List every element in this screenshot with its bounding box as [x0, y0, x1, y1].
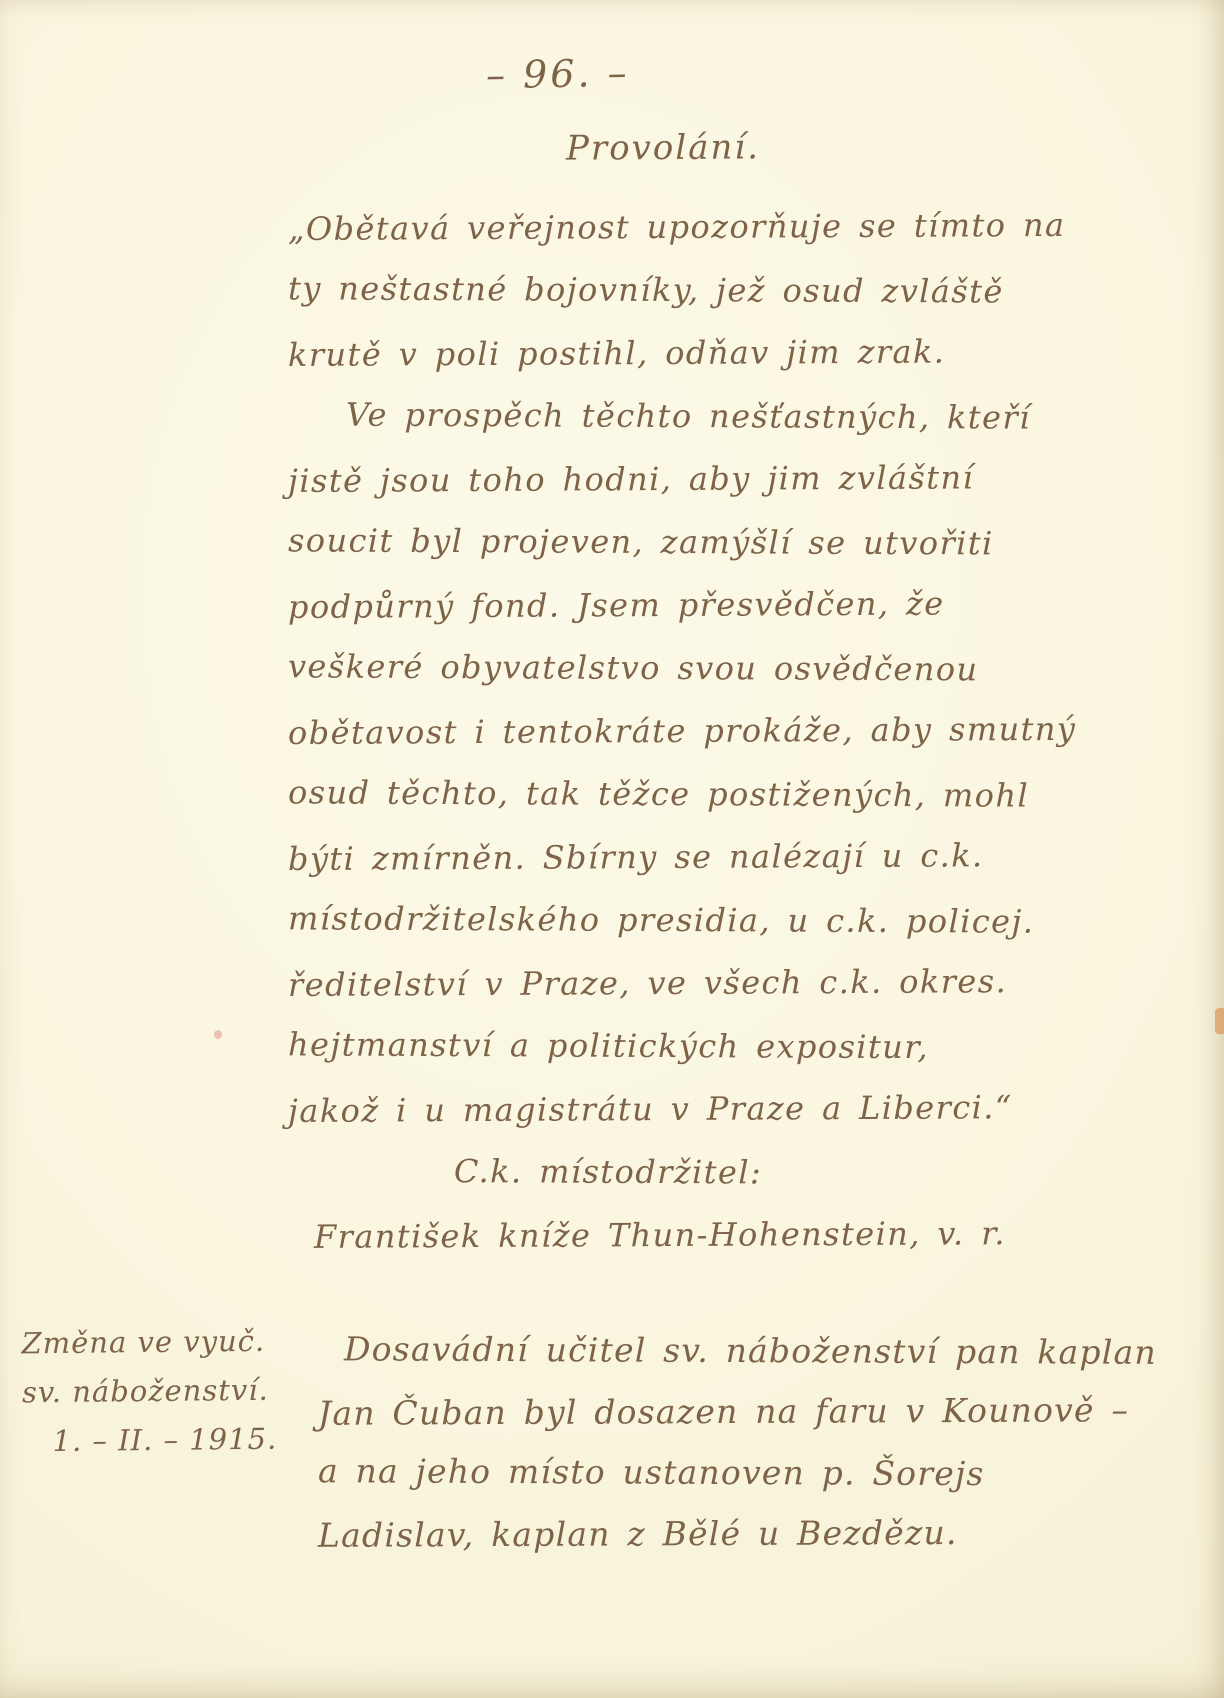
margin-note: Změna ve vyuč. sv. náboženství. 1. – II.…: [21, 1317, 277, 1467]
handwriting-line: osud těchto, tak těžce postižených, mohl: [288, 761, 1048, 827]
manuscript-page: – 96. – Provolání. „Obětavá veřejnost up…: [0, 0, 1224, 1698]
handwriting-line: Ladislav, kaplan z Bělé u Bezdězu.: [318, 1501, 1138, 1566]
signature-role: C.k. místodržitel:: [288, 1139, 1048, 1205]
handwriting-line: a na jeho místo ustanoven p. Šorejs: [318, 1440, 1138, 1505]
handwriting-line: podpůrný fond. Jsem přesvědčen, že: [288, 572, 1048, 639]
handwriting-line: krutě v poli postihl, odňav jim zrak.: [288, 320, 1048, 387]
handwriting-line: Dosavádní učitel sv. náboženství pan kap…: [318, 1318, 1138, 1383]
entry-text: Dosavádní učitel sv. náboženství pan kap…: [318, 1320, 1138, 1564]
handwriting-line: „Obětavá veřejnost upozorňuje se tímto n…: [288, 194, 1048, 261]
handwriting-line: ředitelství v Praze, ve všech c.k. okres…: [288, 950, 1048, 1017]
handwriting-line: Jan Čuban byl dosazen na faru v Kounově …: [318, 1379, 1138, 1444]
handwriting-line: veškeré obyvatelstvo svou osvědčenou: [288, 635, 1048, 701]
margin-note-line: sv. náboženství.: [22, 1366, 277, 1418]
page-edge-mark: [1215, 1008, 1224, 1034]
margin-note-date: 1. – II. – 1915.: [22, 1415, 277, 1467]
page-number: – 96. –: [486, 51, 630, 97]
handwriting-line: býti zmírněn. Sbírny se nalézají u c.k.: [288, 824, 1048, 891]
handwriting-line: Ve prospěch těchto nešťastných, kteří: [288, 383, 1048, 449]
handwriting-line: obětavost i tentokráte prokáže, aby smut…: [288, 698, 1048, 765]
handwriting-line: hejtmanství a politických expositur,: [288, 1013, 1048, 1079]
margin-note-line: Změna ve vyuč.: [21, 1317, 276, 1369]
section-heading: Provolání.: [288, 125, 1038, 170]
handwriting-line: ty neštastné bojovníky, jež osud zvláště: [288, 257, 1048, 323]
handwriting-line: jakož i u magistrátu v Praze a Liberci.“: [288, 1076, 1048, 1143]
signature-name: František kníže Thun-Hohenstein, v. r.: [288, 1202, 1048, 1269]
handwriting-line: jistě jsou toho hodni, aby jim zvláštní: [288, 446, 1048, 513]
handwriting-line: soucit byl projeven, zamýšlí se utvořiti: [288, 509, 1048, 575]
handwriting-line: místodržitelského presidia, u c.k. polic…: [288, 887, 1048, 953]
paper-speck: [214, 1030, 222, 1039]
proclamation-text: „Obětavá veřejnost upozorňuje se tímto n…: [288, 196, 1048, 1267]
